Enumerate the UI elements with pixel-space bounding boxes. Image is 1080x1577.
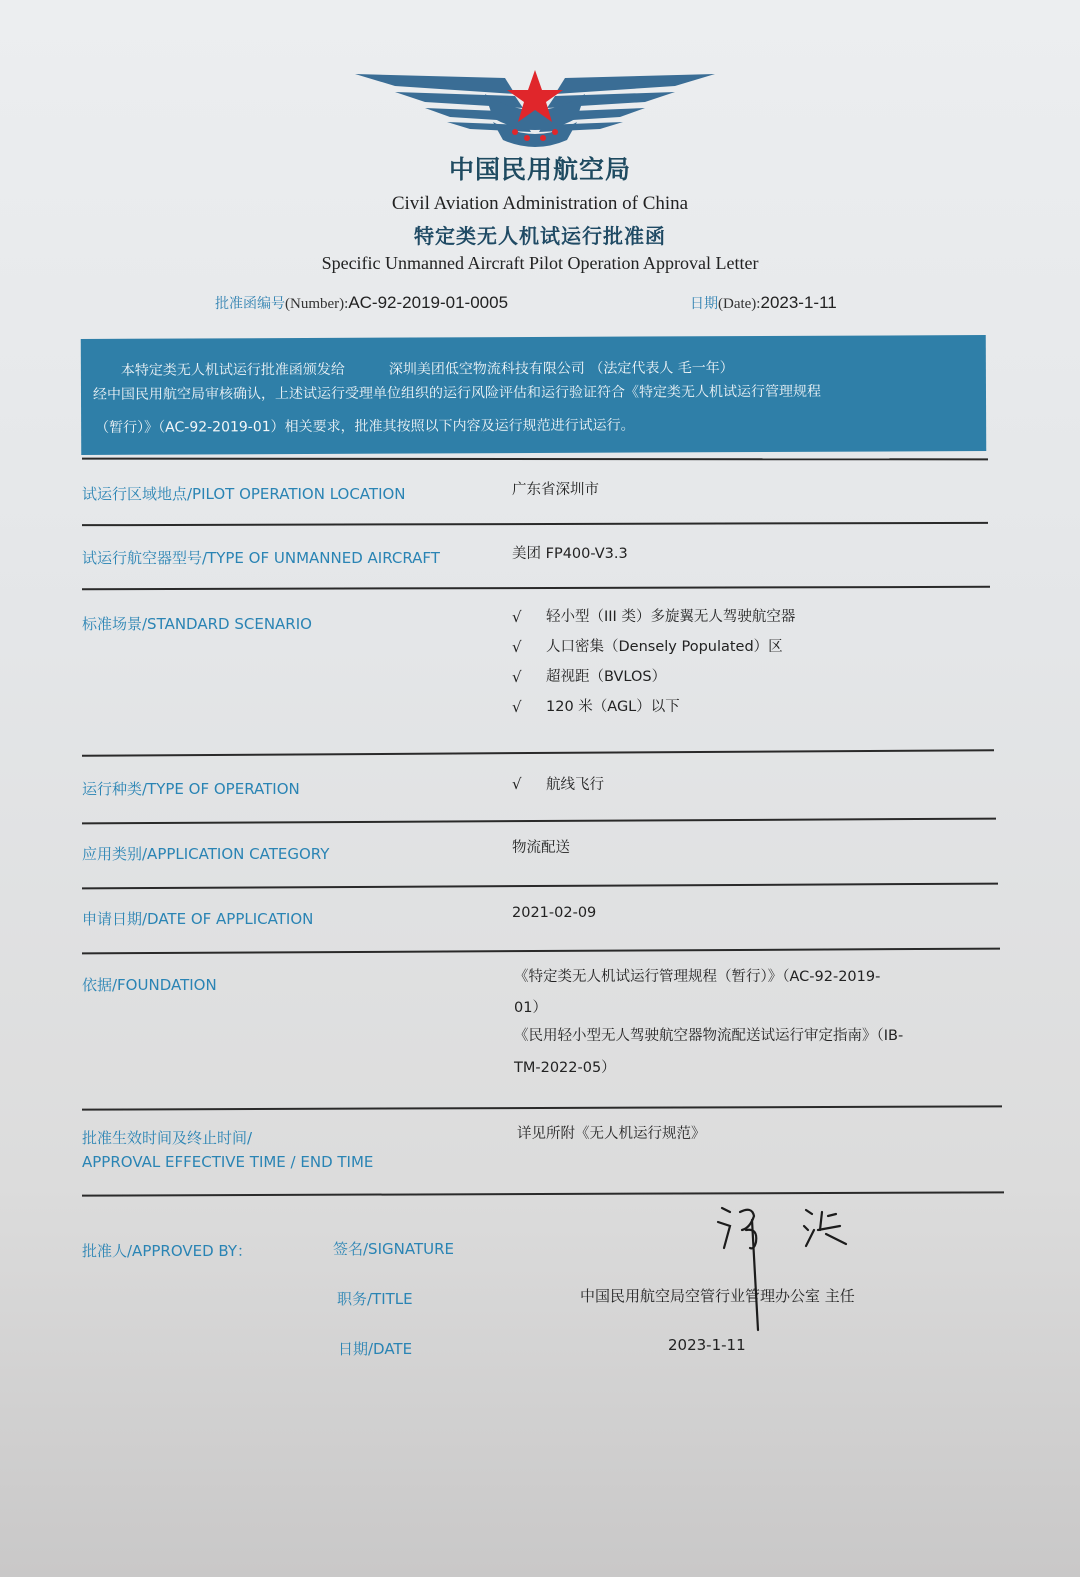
- letter-number: 批准函编号(Number):AC-92-2019-01-0005: [215, 293, 508, 313]
- application-date-label: 申请日期/DATE OF APPLICATION: [82, 907, 313, 931]
- document-title-en: Specific Unmanned Aircraft Pilot Operati…: [0, 253, 1080, 274]
- issuance-banner: 本特定类无人机试运行批准函颁发给深圳美团低空物流科技有限公司 （法定代表人 毛一…: [81, 335, 986, 455]
- divider: [82, 458, 988, 461]
- aircraft-type-value: 美团 FP400-V3.3: [512, 539, 628, 569]
- check-mark-icon: √: [512, 769, 546, 799]
- location-value: 广东省深圳市: [512, 475, 599, 505]
- scenario-item-text: 人口密集（Densely Populated）区: [546, 632, 783, 662]
- banner-issued-to: 本特定类无人机试运行批准函颁发给: [121, 362, 345, 379]
- foundation-line: 《特定类无人机试运行管理规程（暂行）》（AC-92-2019-: [514, 962, 984, 992]
- letter-number-label-en: (Number):: [285, 296, 348, 312]
- banner-line-2: 经中国民用航空局审核确认，上述试运行受理单位组织的运行风险评估和运行验证符合《特…: [93, 381, 821, 404]
- check-mark-icon: √: [512, 692, 546, 722]
- application-date-value: 2021-02-09: [512, 898, 596, 928]
- approval-date-label: 日期/DATE: [338, 1338, 412, 1359]
- banner-line-1: 本特定类无人机试运行批准函颁发给深圳美团低空物流科技有限公司 （法定代表人 毛一…: [121, 357, 734, 380]
- check-mark-icon: √: [512, 632, 546, 662]
- letter-date: 日期(Date):2023-1-11: [690, 293, 837, 313]
- scenario-item: √超视距（BVLOS）: [512, 662, 795, 692]
- scenario-item: √人口密集（Densely Populated）区: [512, 632, 795, 662]
- banner-line-3: （暂行）》（AC-92-2019-01）相关要求，批准其按照以下内容及运行规范进…: [95, 415, 635, 437]
- scenario-list: √轻小型（III 类）多旋翼无人驾驶航空器 √人口密集（Densely Popu…: [512, 602, 795, 722]
- letter-date-label-en: (Date):: [718, 296, 760, 312]
- scenario-item-text: 120 米（AGL）以下: [546, 692, 680, 722]
- divider: [82, 948, 1000, 955]
- divider: [82, 1105, 1002, 1110]
- handwritten-signature-icon: [700, 1190, 880, 1340]
- signature-label: 签名/SIGNATURE: [333, 1238, 454, 1259]
- divider: [82, 749, 994, 757]
- application-category-label: 应用类别/APPLICATION CATEGORY: [82, 842, 329, 866]
- check-mark-icon: √: [512, 602, 546, 632]
- document-title-cn: 特定类无人机试运行批准函: [0, 220, 1080, 249]
- banner-company: 深圳美团低空物流科技有限公司 （法定代表人 毛一年）: [389, 360, 734, 378]
- foundation-label: 依据/FOUNDATION: [82, 973, 217, 997]
- operation-type-text: 航线飞行: [546, 777, 604, 793]
- effective-time-value: 详见所附《无人机运行规范》: [517, 1119, 706, 1149]
- org-name-cn: 中国民用航空局: [0, 150, 1080, 186]
- operation-type-label: 运行种类/TYPE OF OPERATION: [82, 777, 300, 801]
- title-label: 职务/TITLE: [337, 1288, 413, 1309]
- org-name-en: Civil Aviation Administration of China: [0, 193, 1080, 215]
- letter-date-value: 2023-1-11: [760, 293, 836, 312]
- caac-emblem-icon: [355, 66, 715, 156]
- effective-time-label-en: APPROVAL EFFECTIVE TIME / END TIME: [82, 1150, 373, 1174]
- check-mark-icon: √: [512, 662, 546, 692]
- divider: [82, 586, 990, 590]
- aircraft-type-label: 试运行航空器型号/TYPE OF UNMANNED AIRCRAFT: [82, 546, 440, 570]
- scenario-item: √轻小型（III 类）多旋翼无人驾驶航空器: [512, 602, 795, 632]
- operation-type-value: √航线飞行: [512, 769, 604, 800]
- scenario-item-text: 轻小型（III 类）多旋翼无人驾驶航空器: [546, 602, 795, 632]
- divider: [82, 522, 988, 526]
- effective-time-label-cn: 批准生效时间及终止时间/: [82, 1126, 252, 1150]
- scenario-item-text: 超视距（BVLOS）: [546, 662, 666, 692]
- foundation-line: 《民用轻小型无人驾驶航空器物流配送试运行审定指南》（IB-: [514, 1021, 984, 1051]
- letter-number-label-cn: 批准函编号: [215, 296, 285, 312]
- divider: [82, 818, 996, 825]
- letter-date-label-cn: 日期: [690, 296, 718, 312]
- divider: [82, 883, 998, 890]
- approval-letter-page: 中国民用航空局 Civil Aviation Administration of…: [0, 0, 1080, 1577]
- application-category-value: 物流配送: [512, 833, 570, 863]
- scenario-label: 标准场景/STANDARD SCENARIO: [82, 612, 312, 636]
- location-label: 试运行区域地点/PILOT OPERATION LOCATION: [82, 482, 406, 506]
- letter-number-value: AC-92-2019-01-0005: [348, 293, 508, 312]
- scenario-item: √120 米（AGL）以下: [512, 692, 795, 722]
- foundation-line: 01）: [514, 993, 984, 1023]
- foundation-line: TM-2022-05）: [514, 1053, 984, 1083]
- approved-by-label: 批准人/APPROVED BY：: [82, 1240, 252, 1261]
